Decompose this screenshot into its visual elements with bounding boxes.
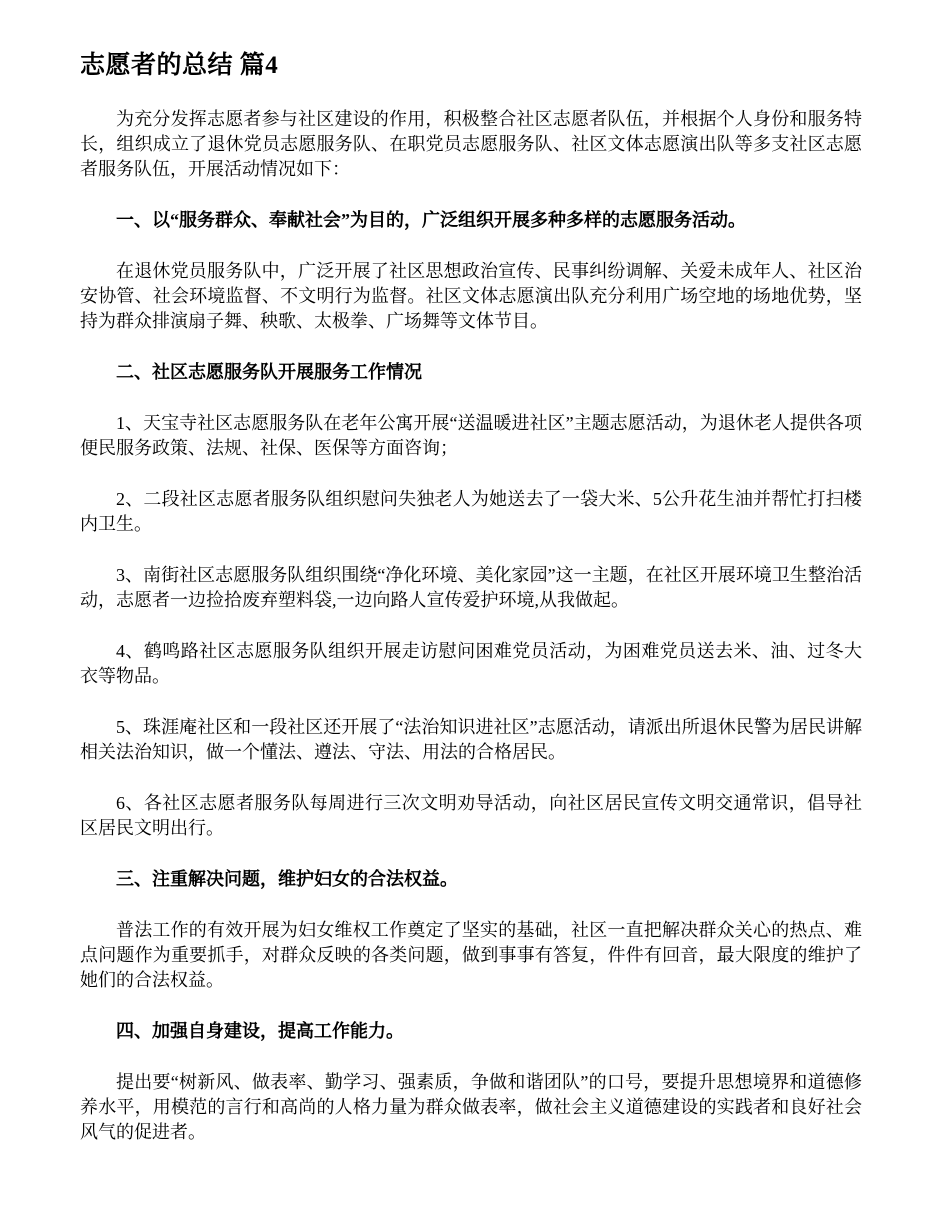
paragraph: 提出要“树新风、做表率、勤学习、强素质，争做和谐团队”的口号，要提升思想境界和道… (80, 1070, 862, 1145)
paragraph: 在退休党员服务队中，广泛开展了社区思想政治宣传、民事纠纷调解、关爱未成年人、社区… (80, 259, 862, 334)
list-paragraph-6: 6、各社区志愿者服务队每周进行三次文明劝导活动，向社区居民宣传文明交通常识，倡导… (80, 791, 862, 841)
section-heading-1: 一、以“服务群众、奉献社会”为目的，广泛组织开展多种多样的志愿服务活动。 (80, 208, 862, 233)
paragraph: 普法工作的有效开展为妇女维权工作奠定了坚实的基础，社区一直把解决群众关心的热点、… (80, 918, 862, 993)
list-paragraph-5: 5、珠涯庵社区和一段社区还开展了“法治知识进社区”志愿活动，请派出所退休民警为居… (80, 715, 862, 765)
list-paragraph-2: 2、二段社区志愿者服务队组织慰问失独老人为她送去了一袋大米、5公升花生油并帮忙打… (80, 487, 862, 537)
list-paragraph-1: 1、天宝寺社区志愿服务队在老年公寓开展“送温暖进社区”主题志愿活动，为退休老人提… (80, 411, 862, 461)
document-page: 志愿者的总结 篇4 为充分发挥志愿者参与社区建设的作用，积极整合社区志愿者队伍，… (0, 0, 950, 1230)
section-heading-3: 三、注重解决问题，维护妇女的合法权益。 (80, 867, 862, 892)
document-title: 志愿者的总结 篇4 (80, 51, 862, 81)
list-paragraph-3: 3、南街社区志愿服务队组织围绕“净化环境、美化家园”这一主题，在社区开展环境卫生… (80, 563, 862, 613)
section-heading-4: 四、加强自身建设，提高工作能力。 (80, 1019, 862, 1044)
paragraph: 为充分发挥志愿者参与社区建设的作用，积极整合社区志愿者队伍，并根据个人身份和服务… (80, 107, 862, 182)
section-heading-2: 二、社区志愿服务队开展服务工作情况 (80, 360, 862, 385)
list-paragraph-4: 4、鹤鸣路社区志愿服务队组织开展走访慰问困难党员活动，为困难党员送去米、油、过冬… (80, 639, 862, 689)
